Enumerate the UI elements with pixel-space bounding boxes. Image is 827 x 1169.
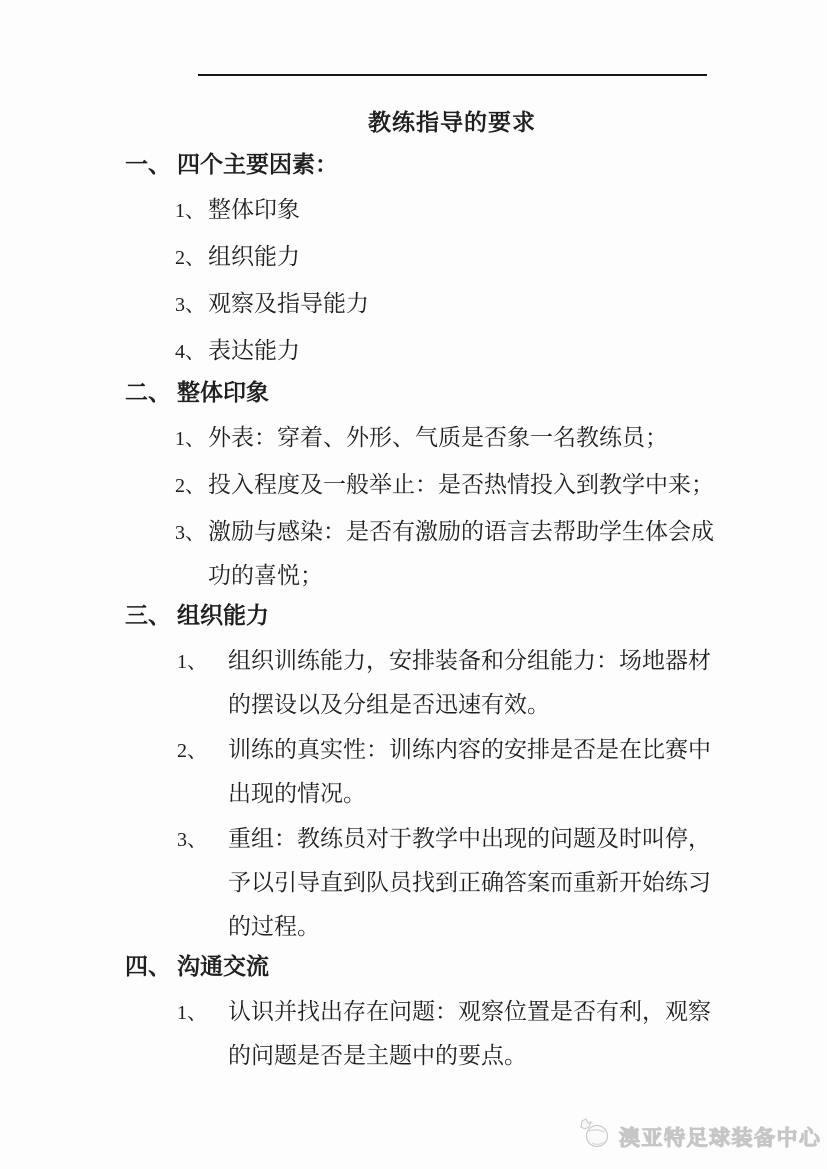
document-page: 教练指导的要求 一、 四个主要因素： 1、 整体印象 2、 组织能力 3、 观察…: [0, 0, 827, 1169]
watermark: 澳亚特足球装备中心: [576, 1117, 822, 1156]
list-item: 1、 组织训练能力，安排装备和分组能力：场地器材 的摆设以及分组是否迅速有效。: [0, 648, 827, 717]
list-item: 2、 组织能力: [0, 244, 827, 271]
watermark-text: 澳亚特足球装备中心: [619, 1122, 822, 1152]
item-text: 组织训练能力，安排装备和分组能力：场地器材: [228, 648, 711, 673]
item-text: 出现的情况。: [228, 781, 711, 806]
item-text: 予以引导直到队员找到正确答案而重新开始练习: [228, 870, 711, 895]
item-text: 的摆设以及分组是否迅速有效。: [228, 692, 711, 717]
item-marker: 3、: [175, 519, 208, 546]
header-rule-line: [198, 74, 707, 76]
soccer-club-logo-icon: [576, 1117, 614, 1156]
list-item: 3、 重组：教练员对于教学中出现的问题及时叫停， 予以引导直到队员找到正确答案而…: [0, 826, 827, 939]
item-text: 认识并找出存在问题：观察位置是否有利，观察: [228, 999, 711, 1024]
item-text: 投入程度及一般举止：是否热情投入到教学中来；: [208, 472, 714, 497]
section-marker: 四、: [125, 954, 177, 979]
section-heading: 二、 整体印象: [0, 380, 827, 405]
section-heading-text: 整体印象: [177, 380, 269, 405]
item-text: 表达能力: [208, 338, 300, 363]
item-marker: 1、: [175, 425, 208, 452]
list-item: 2、 投入程度及一般举止：是否热情投入到教学中来；: [0, 472, 827, 499]
item-marker: 2、: [175, 472, 208, 499]
item-text: 重组：教练员对于教学中出现的问题及时叫停，: [228, 826, 711, 851]
list-item: 1、 认识并找出存在问题：观察位置是否有利，观察 的问题是否是主题中的要点。: [0, 999, 827, 1068]
section-heading: 一、 四个主要因素：: [0, 152, 827, 177]
item-text: 功的喜悦；: [208, 563, 714, 588]
item-marker: 2、: [175, 244, 208, 271]
item-marker: 1、: [177, 648, 228, 675]
section-heading: 四、 沟通交流: [0, 954, 827, 979]
item-text: 观察及指导能力: [208, 291, 369, 316]
list-item: 2、 训练的真实性：训练内容的安排是否是在比赛中 出现的情况。: [0, 737, 827, 806]
list-item: 3、 观察及指导能力: [0, 291, 827, 318]
section-marker: 一、: [125, 152, 177, 177]
list-item: 4、 表达能力: [0, 338, 827, 365]
section-organization-ability: 三、 组织能力 1、 组织训练能力，安排装备和分组能力：场地器材 的摆设以及分组…: [0, 603, 827, 939]
section-main-factors: 一、 四个主要因素： 1、 整体印象 2、 组织能力 3、 观察及指导能力 4、…: [0, 152, 827, 365]
item-text: 整体印象: [208, 197, 300, 222]
document-body: 一、 四个主要因素： 1、 整体印象 2、 组织能力 3、 观察及指导能力 4、…: [0, 152, 827, 1068]
section-heading-text: 组织能力: [177, 603, 269, 628]
section-marker: 三、: [125, 603, 177, 628]
page-title: 教练指导的要求: [196, 110, 708, 136]
item-marker: 1、: [177, 999, 228, 1026]
item-marker: 4、: [175, 338, 208, 365]
list-item: 1、 外表：穿着、外形、气质是否象一名教练员；: [0, 425, 827, 452]
item-marker: 3、: [175, 291, 208, 318]
section-marker: 二、: [125, 380, 177, 405]
item-text: 外表：穿着、外形、气质是否象一名教练员；: [208, 425, 668, 450]
item-text: 的问题是否是主题中的要点。: [228, 1043, 711, 1068]
item-marker: 3、: [177, 826, 228, 853]
item-marker: 2、: [177, 737, 228, 764]
item-marker: 1、: [175, 197, 208, 224]
section-overall-impression: 二、 整体印象 1、 外表：穿着、外形、气质是否象一名教练员； 2、 投入程度及…: [0, 380, 827, 588]
item-text: 的过程。: [228, 914, 711, 939]
list-item: 3、 激励与感染：是否有激励的语言去帮助学生体会成 功的喜悦；: [0, 519, 827, 588]
item-text: 激励与感染：是否有激励的语言去帮助学生体会成: [208, 519, 714, 544]
section-heading-text: 四个主要因素：: [177, 152, 338, 177]
item-text: 训练的真实性：训练内容的安排是否是在比赛中: [228, 737, 711, 762]
section-heading-text: 沟通交流: [177, 954, 269, 979]
section-communication: 四、 沟通交流 1、 认识并找出存在问题：观察位置是否有利，观察 的问题是否是主…: [0, 954, 827, 1068]
item-text: 组织能力: [208, 244, 300, 269]
section-heading: 三、 组织能力: [0, 603, 827, 628]
list-item: 1、 整体印象: [0, 197, 827, 224]
